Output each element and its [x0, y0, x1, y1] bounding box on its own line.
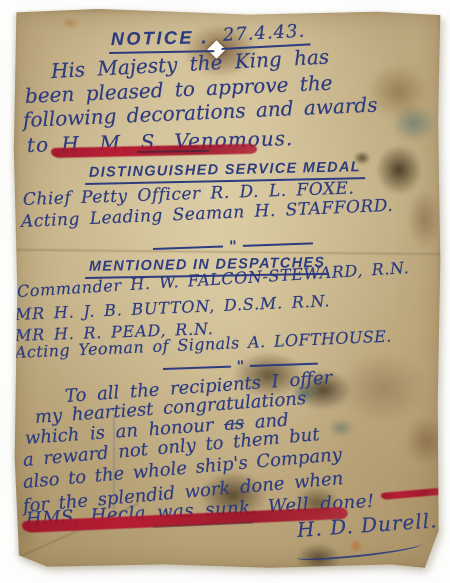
notice-title: NOTICE . [109, 27, 214, 54]
marked-word-when: when [293, 468, 344, 493]
red-marker-underline-when [381, 488, 442, 500]
divider-line [243, 242, 313, 246]
photo-background: NOTICE . 27.4.43. His Majesty the King h… [0, 0, 450, 583]
divider-line [153, 246, 223, 250]
stain [375, 144, 423, 196]
signature-flourish [296, 540, 423, 563]
stain [408, 189, 441, 249]
stain [338, 353, 428, 423]
stain [405, 417, 447, 465]
divider-line [163, 366, 231, 370]
stain [391, 104, 436, 142]
notice-paper: NOTICE . 27.4.43. His Majesty the King h… [13, 9, 442, 570]
stain [328, 418, 354, 438]
ditto-mark: " [229, 242, 237, 250]
divider-line [250, 363, 318, 367]
paper-shadow-wrap: NOTICE . 27.4.43. His Majesty the King h… [0, 0, 450, 583]
stain [61, 17, 79, 29]
section-divider: " [153, 239, 313, 253]
ditto-mark: " [236, 362, 244, 370]
